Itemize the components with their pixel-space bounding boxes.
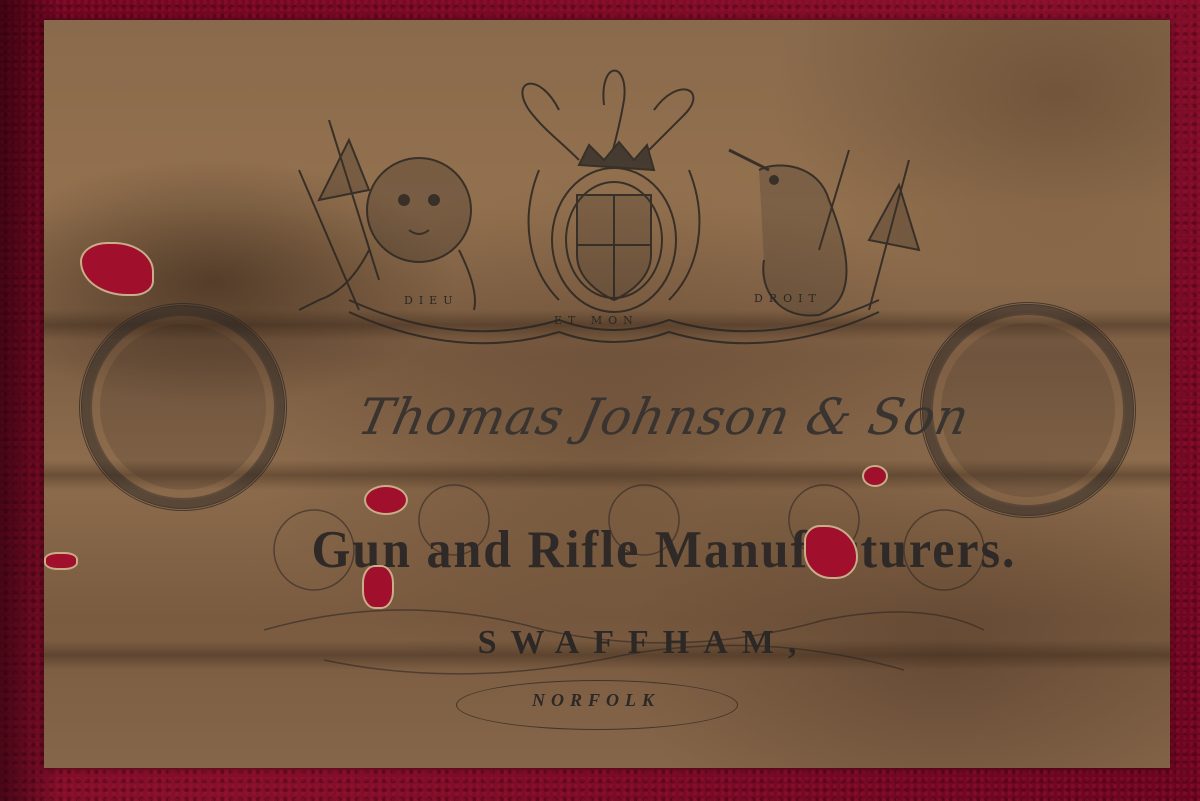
calligraphic-flourish-icon: [204, 460, 1024, 700]
maker-name: Thomas Johnson & Son: [338, 388, 990, 446]
paper-tear: [80, 242, 154, 296]
motto-word: DROIT: [754, 292, 822, 305]
town-name: SWAFFHAM,: [384, 624, 904, 662]
paper-tear: [362, 565, 394, 609]
trade-label: DIEU ET MON DROIT Thomas Johnson & Son G…: [44, 20, 1170, 768]
paper-tear: [364, 485, 408, 515]
county-name: NORFOLK: [456, 690, 736, 711]
ribbon-motto: DIEU ET MON DROIT: [374, 288, 844, 338]
motto-word: DIEU: [404, 294, 458, 307]
paper-tear: [862, 465, 888, 487]
motto-word: ET MON: [554, 314, 639, 327]
paper-tear: [44, 552, 78, 570]
